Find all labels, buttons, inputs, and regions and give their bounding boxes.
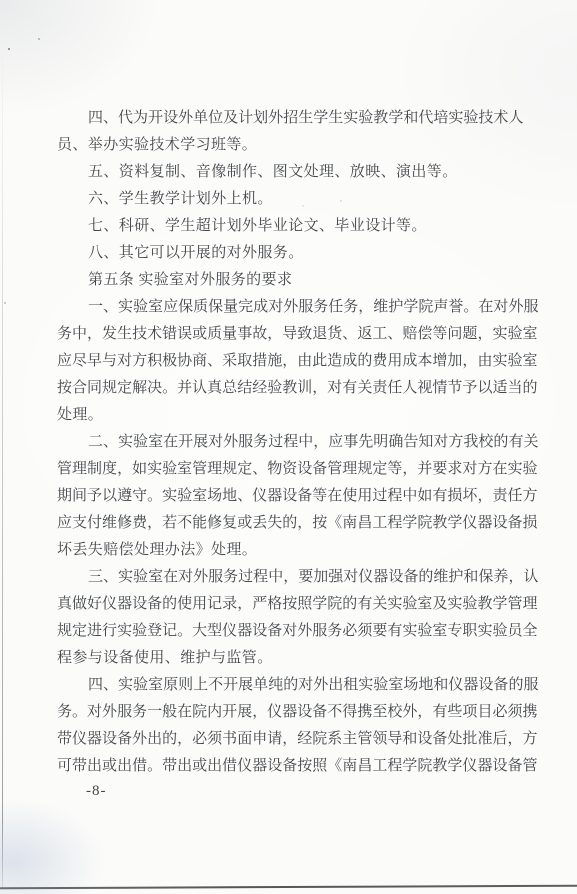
paragraph-line: 二、实验室在开展对外服务过程中，应事先明确告知对方我校的有关 xyxy=(57,429,521,456)
paragraph-line: 应尽早与对方积极协商、采取措施，由此造成的费用成本增加，由实验室 xyxy=(57,348,521,375)
paragraph-line: 务。对外服务一般在院内开展，仪器设备不得携至校外，有些项目必须携 xyxy=(57,699,521,726)
scan-edge-bottom xyxy=(0,885,577,890)
document-body: 四、代为开设外单位及计划外招生学生实验教学和代培实验技术人员、举办实验技术学习班… xyxy=(57,105,521,780)
page-number: -8- xyxy=(86,783,107,800)
paragraph-line: 程参与设备使用、维护与监管。 xyxy=(57,645,521,672)
paragraph-line: 管理制度，如实验室管理规定、物资设备管理规定等，并要求对方在实验 xyxy=(57,456,521,483)
paragraph-line: 四、实验室原则上不开展单纯的对外出租实验室场地和仪器设备的服 xyxy=(57,672,521,699)
paragraph-line: 可带出或出借。带出或出借仪器设备按照《南昌工程学院教学仪器设备管 xyxy=(57,753,521,780)
scan-edge-left xyxy=(2,36,3,888)
paragraph-line: 一、实验室应保质保量完成对外服务任务，维护学院声誉。在对外服 xyxy=(57,294,521,321)
paragraph-line: 坏丢失赔偿处理办法》处理。 xyxy=(57,537,521,564)
paragraph-line: 应支付维修费，若不能修复或丢失的，按《南昌工程学院教学仪器设备损 xyxy=(57,510,521,537)
paragraph-line: 务中，发生技术错误或质量事故，导致退货、返工、赔偿等问题，实验室 xyxy=(57,321,521,348)
paragraph-line: 按合同规定解决。并认真总结经验教训，对有关责任人视情节予以适当的 xyxy=(57,375,521,402)
paragraph-line: 四、代为开设外单位及计划外招生学生实验教学和代培实验技术人 xyxy=(57,105,521,132)
paragraph-line: 员、举办实验技术学习班等。 xyxy=(57,132,521,159)
paragraph-line: 八、其它可以开展的对外服务。 xyxy=(57,240,521,267)
article-heading-line: 第五条 实验室对外服务的要求 xyxy=(57,267,521,294)
paragraph-line: 带仪器设备外出的，必须书面申请，经院系主管领导和设备处批准后，方 xyxy=(57,726,521,753)
paragraph-line: 处理。 xyxy=(57,402,521,429)
scanned-document-page: 四、代为开设外单位及计划外招生学生实验教学和代培实验技术人员、举办实验技术学习班… xyxy=(0,0,577,894)
paragraph-line: 三、实验室在对外服务过程中，要加强对仪器设备的维护和保养，认 xyxy=(57,564,521,591)
paragraph-line: 五、资料复制、音像制作、图文处理、放映、演出等。 xyxy=(57,159,521,186)
paragraph-line: 规定进行实验登记。大型仪器设备对外服务必须要有实验室专职实验员全 xyxy=(57,618,521,645)
paragraph-line: 真做好仪器设备的使用记录，严格按照学院的有关实验室及实验教学管理 xyxy=(57,591,521,618)
scan-artifacts xyxy=(0,0,2,2)
paragraph-line: 七、科研、学生超计划外毕业论文、毕业设计等。 xyxy=(57,213,521,240)
paragraph-line: 期间予以遵守。实验室场地、仪器设备等在使用过程中如有损坏，责任方 xyxy=(57,483,521,510)
paragraph-line: 六、学生教学计划外上机。 xyxy=(57,186,521,213)
